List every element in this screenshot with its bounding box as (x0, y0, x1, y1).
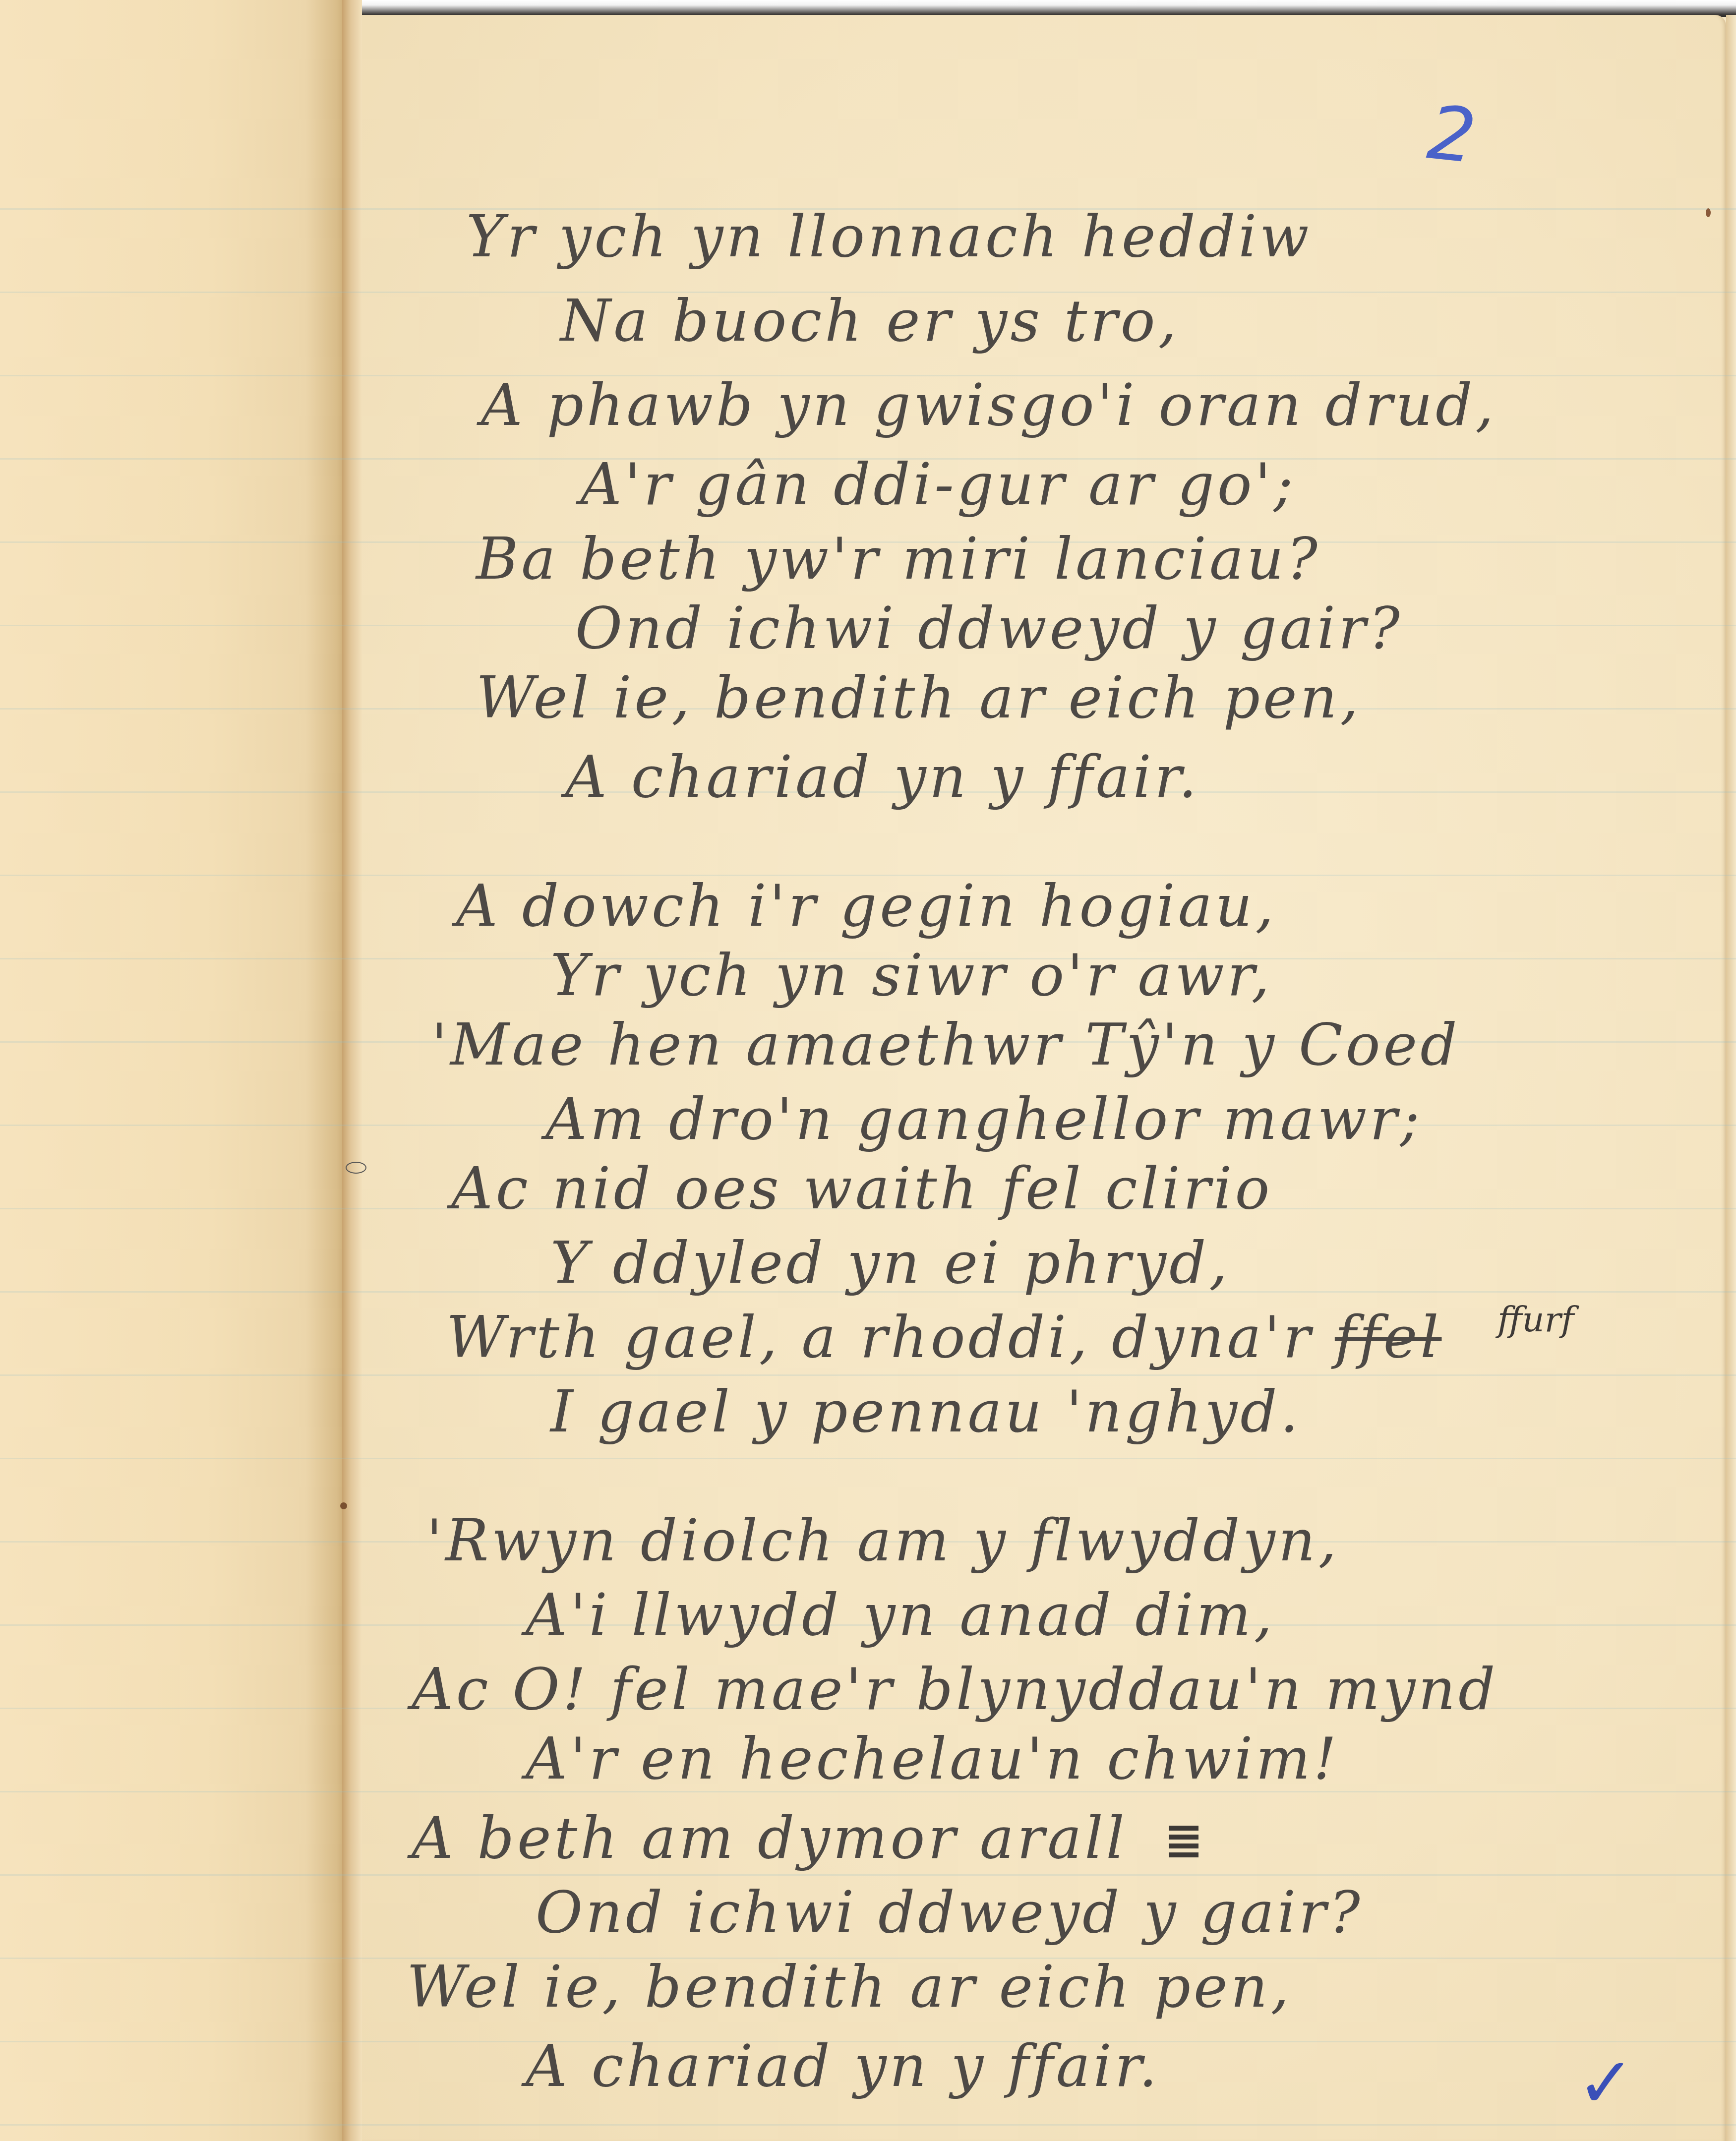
poem-line: Y ddyled yn ei phryd, (550, 1230, 1230, 1297)
poem-line: A'r en hechelau'n chwim! (526, 1725, 1339, 1792)
poem-line: A'i llwydd yn anad dim, (526, 1582, 1275, 1649)
poem-line: Ba beth yw'r miri lanciau? (476, 526, 1320, 593)
pencil-oval-mark (346, 1162, 366, 1174)
poem-line: A'r gân ddi-gur ar go'; (580, 451, 1296, 518)
poem-line: Yr ych yn siwr o'r awr, (550, 942, 1272, 1009)
poem-line: Wel ie, bendith ar eich pen, (476, 664, 1361, 731)
poem-line-text: Wrth gael, a rhoddi, dyna'r (446, 1304, 1314, 1371)
poem-line: Am dro'n ganghellor mawr; (545, 1086, 1423, 1153)
poem-line: Wel ie, bendith ar eich pen, (407, 1954, 1292, 2021)
poem-line: A chariad yn y ffair. (565, 744, 1200, 811)
poem-line: A chariad yn y ffair. (526, 2033, 1160, 2100)
page-right-edge (1726, 15, 1736, 2141)
poem-line: Ond ichwi ddweyd y gair? (536, 1879, 1363, 1946)
page-top-edge (362, 0, 1736, 17)
poem-line: Yr ych yn llonnach heddiw (466, 203, 1312, 270)
ink-speck (1706, 208, 1711, 217)
book-gutter (342, 0, 362, 2141)
poem-line: A phawb yn gwisgo'i oran drud, (481, 372, 1497, 439)
poem-line: Wrth gael, a rhoddi, dyna'r ffel (446, 1304, 1441, 1371)
poem-line: Na buoch er ys tro, (560, 288, 1180, 355)
poem-line-text: A beth am dymor arall (412, 1805, 1128, 1872)
inserted-correction: ffurf (1497, 1299, 1574, 1340)
poem-line: A dowch i'r gegin hogiau, (456, 873, 1276, 940)
scribbled-out-mark (1169, 1826, 1198, 1860)
page-number: 2 (1424, 89, 1480, 180)
poem-line: Ond ichwi ddweyd y gair? (575, 595, 1403, 662)
poem-line: Ac nid oes waith fel clirio (451, 1155, 1272, 1222)
poem-line: I gael y pennau 'nghyd. (550, 1378, 1301, 1445)
struck-word: ffel (1335, 1304, 1442, 1371)
checkmark-icon: ✓ (1577, 2043, 1635, 2124)
poem-line: 'Mae hen amaethwr Tŷ'n y Coed (431, 1011, 1460, 1078)
poem-line: A beth am dymor arall (412, 1805, 1198, 1872)
gutter-speck (340, 1502, 347, 1509)
poem-line: 'Rwyn diolch am y flwyddyn, (426, 1507, 1339, 1574)
left-page (0, 0, 347, 2141)
poem-line: Ac O! fel mae'r blynyddau'n mynd (412, 1656, 1498, 1723)
